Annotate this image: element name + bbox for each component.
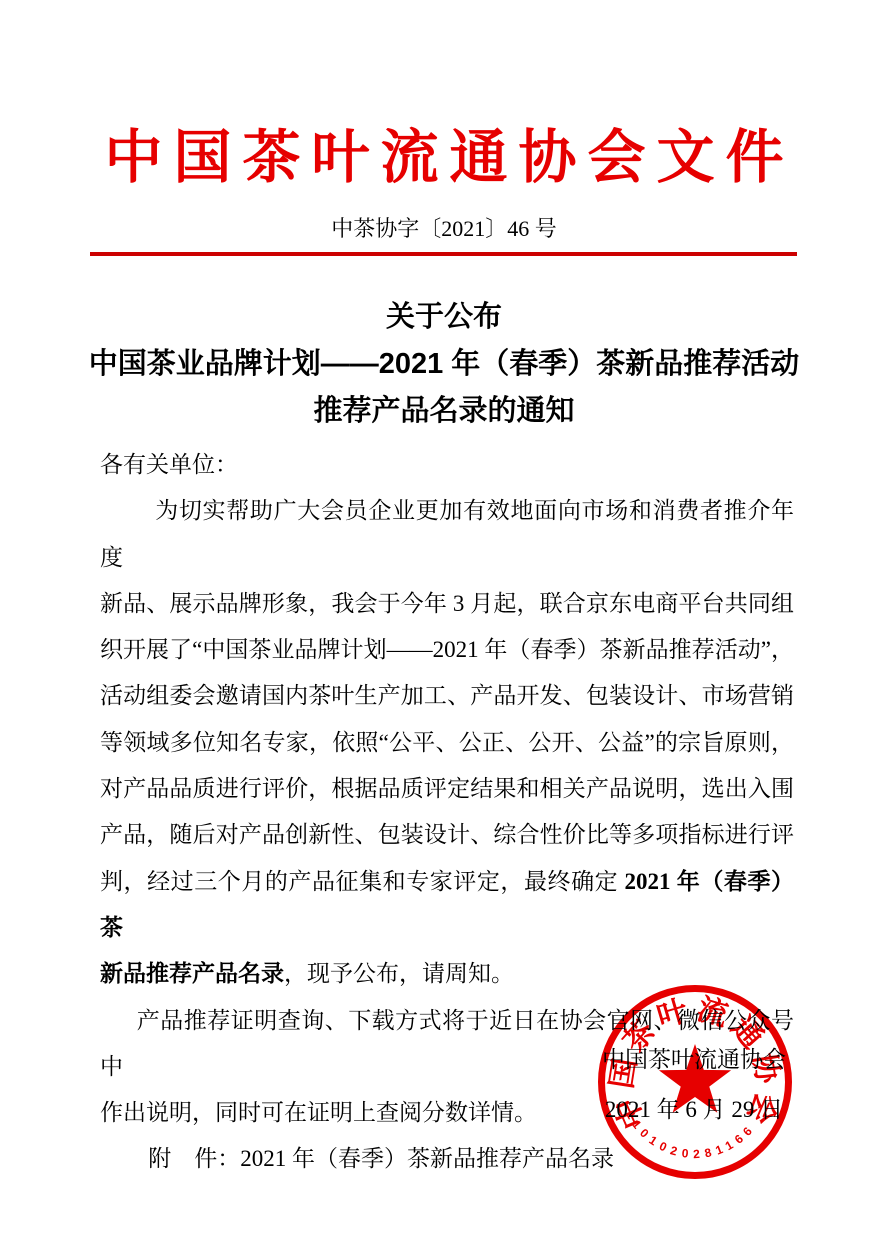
body-line: 新品、展示品牌形象，我会于今年 3 月起，联合京东电商平台共同组 bbox=[100, 581, 794, 627]
body-line: 判，经过三个月的产品征集和专家评定，最终确定 2021 年（春季）茶 bbox=[100, 859, 794, 952]
body-line: 等领域多位知名专家，依照“公平、公正、公开、公益”的宗旨原则， bbox=[100, 720, 794, 766]
body-text: 等领域多位知名专家，依照“公平、公正、公开、公益”的宗旨原则， bbox=[100, 730, 794, 755]
document-number: 中茶协字〔2021〕46 号 bbox=[0, 212, 888, 243]
body-text: 织开展了“中国茶业品牌计划——2021 年（春季）茶新品推荐活动”， bbox=[100, 637, 794, 662]
body-text: 活动组委会邀请国内茶叶生产加工、产品开发、包装设计、市场营销 bbox=[100, 683, 794, 708]
signature-block: 中国茶叶流通协会 2021 年 6 月 29 日 bbox=[558, 1046, 830, 1124]
document-title-line-2: 中国茶业品牌计划——2021 年（春季）茶新品推荐活动 bbox=[60, 341, 828, 388]
document-title-line-3: 推荐产品名录的通知 bbox=[60, 388, 828, 435]
body-line: 活动组委会邀请国内茶叶生产加工、产品开发、包装设计、市场营销 bbox=[100, 673, 794, 719]
body-text: 为切实帮助广大会员企业更加有效地面向市场和消费者推介年度 bbox=[100, 498, 794, 569]
body-text: 判，经过三个月的产品征集和专家评定，最终确定 bbox=[100, 869, 624, 894]
body-text: 产品，随后对产品创新性、包装设计、综合性价比等多项指标进行评 bbox=[100, 822, 794, 847]
agency-masthead-title: 中国茶叶流通协会文件 bbox=[0, 110, 888, 194]
body-line: 新品推荐产品名录，现予公布，请周知。 bbox=[100, 951, 794, 997]
body-line: 对产品品质进行评价，根据品质评定结果和相关产品说明，选出入围 bbox=[100, 766, 794, 812]
body-text-bold: 新品推荐产品名录 bbox=[100, 961, 284, 986]
body-text: 各有关单位： bbox=[100, 452, 238, 477]
red-divider-rule bbox=[90, 252, 797, 256]
body-text: 作出说明，同时可在证明上查阅分数详情。 bbox=[100, 1100, 537, 1125]
body-text: 对产品品质进行评价，根据品质评定结果和相关产品说明，选出入围 bbox=[100, 776, 794, 801]
document-title: 关于公布 中国茶业品牌计划——2021 年（春季）茶新品推荐活动 推荐产品名录的… bbox=[60, 294, 828, 435]
body-line: 为切实帮助广大会员企业更加有效地面向市场和消费者推介年度 bbox=[100, 488, 794, 581]
body-line: 附 件：2021 年（春季）茶新品推荐产品名录 bbox=[100, 1136, 794, 1182]
body-line: 各有关单位： bbox=[100, 442, 794, 488]
official-document-page: 中国茶叶流通协会文件 中茶协字〔2021〕46 号 关于公布 中国茶业品牌计划—… bbox=[0, 0, 888, 1255]
body-text: 新品、展示品牌形象，我会于今年 3 月起，联合京东电商平台共同组 bbox=[100, 591, 794, 616]
body-line: 产品，随后对产品创新性、包装设计、综合性价比等多项指标进行评 bbox=[100, 812, 794, 858]
signature-organization: 中国茶叶流通协会 bbox=[558, 1046, 830, 1074]
body-text: 附 件：2021 年（春季）茶新品推荐产品名录 bbox=[148, 1146, 614, 1171]
body-text: ，现予公布，请周知。 bbox=[284, 961, 514, 986]
body-line: 织开展了“中国茶业品牌计划——2021 年（春季）茶新品推荐活动”， bbox=[100, 627, 794, 673]
signature-date: 2021 年 6 月 29 日 bbox=[558, 1096, 830, 1124]
document-title-line-1: 关于公布 bbox=[60, 294, 828, 341]
